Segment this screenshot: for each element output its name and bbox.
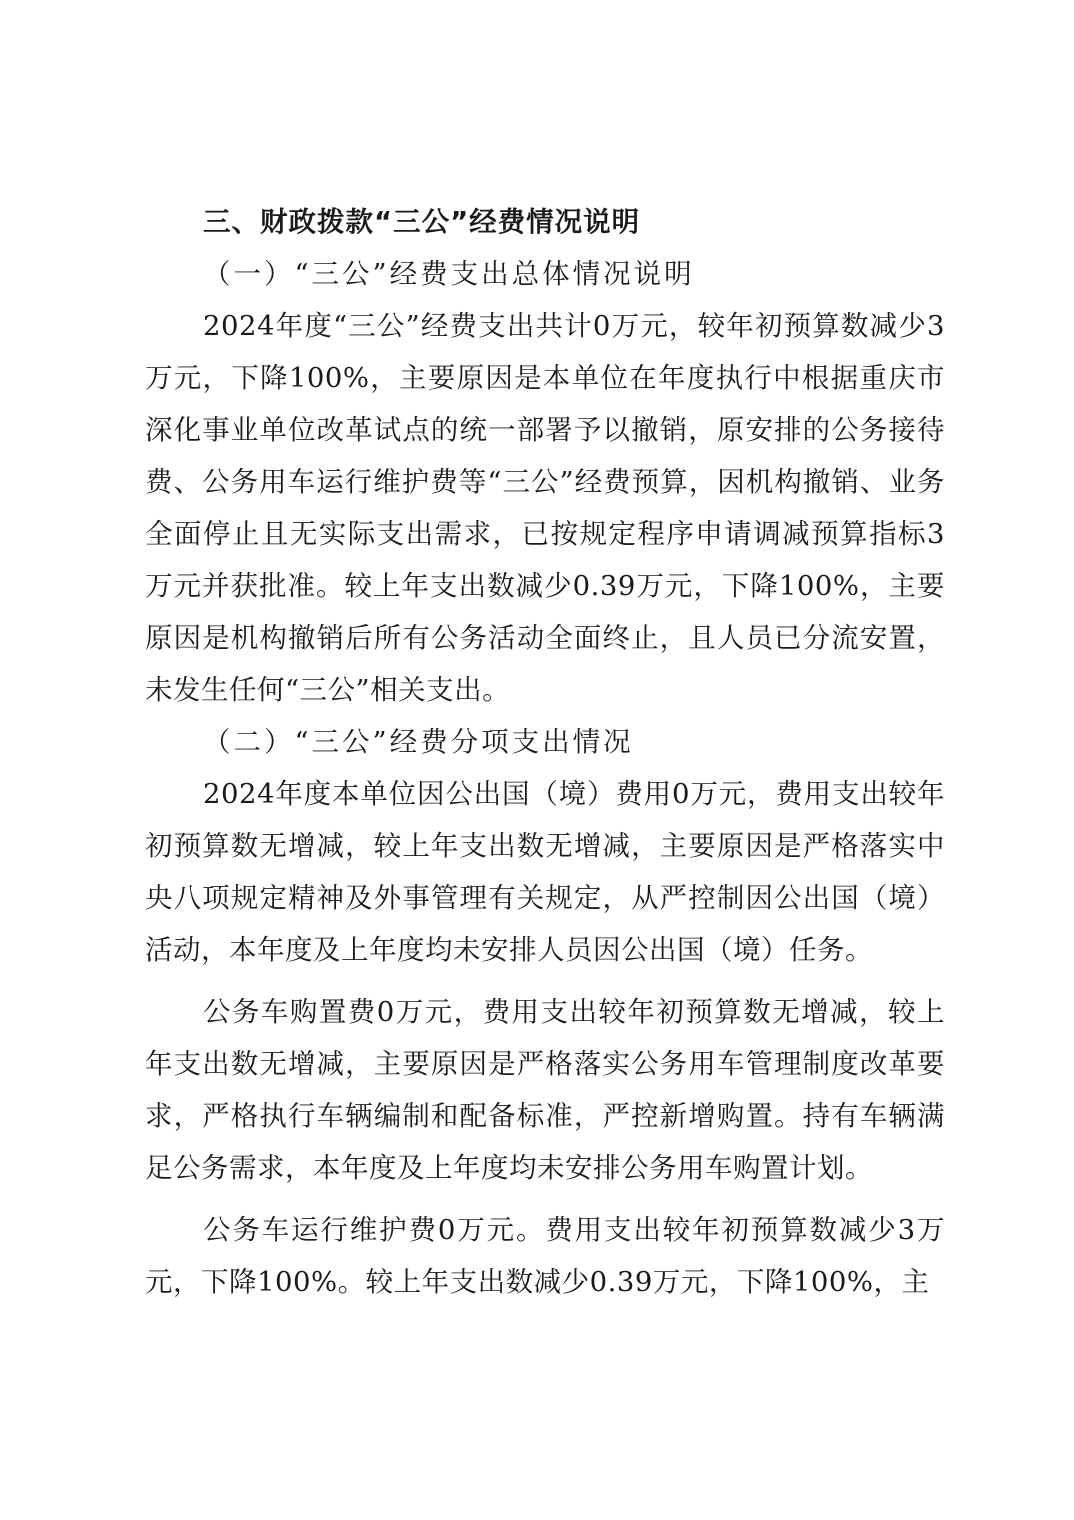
paragraph-vehicle-maintenance: 公务车运行维护费0万元。费用支出较年初预算数减少3万元，下降100%。较上年支出… xyxy=(145,1204,945,1308)
paragraph-overseas-travel: 2024年度本单位因公出国（境）费用0万元，费用支出较年初预算数无增减，较上年支… xyxy=(145,768,945,976)
subsection-title-itemized: （二）“三公”经费分项支出情况 xyxy=(145,716,945,768)
document-page: 三、财政拨款“三公”经费情况说明 （一）“三公”经费支出总体情况说明 2024年… xyxy=(145,196,945,1308)
paragraph-vehicle-purchase: 公务车购置费0万元，费用支出较年初预算数无增减，较上年支出数无增减，主要原因是严… xyxy=(145,986,945,1194)
subsection-title-overall: （一）“三公”经费支出总体情况说明 xyxy=(145,248,945,300)
section-title: 三、财政拨款“三公”经费情况说明 xyxy=(145,196,945,248)
paragraph-overall: 2024年度“三公”经费支出共计0万元，较年初预算数减少3万元，下降100%，主… xyxy=(145,300,945,716)
